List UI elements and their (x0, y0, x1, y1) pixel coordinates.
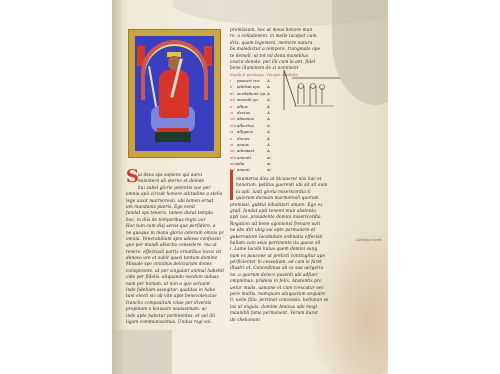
text-line: tum electi sic ab vite apte benevolencia… (126, 293, 224, 299)
text-line: ba maledictur a tempore. trangmate ope (230, 46, 330, 52)
text-line: promissi. gubtui inhabitari amare. Ego e… (230, 202, 330, 208)
margin-annotation: Cedelauerumt (356, 238, 381, 242)
text-line: ibi chekonum. (230, 317, 330, 323)
text-line: li. uelle filio. pertinet concessio. bel… (230, 297, 330, 303)
water-stain-left (112, 330, 172, 374)
text-line: maunibli fama permanent. Verum durat (230, 310, 330, 316)
right-column-bottom-text: nnumerus dies ut bicaueret nisi hac et h… (230, 176, 330, 323)
text-line: apti nos. prouidente domini misericordia (230, 214, 330, 220)
neume-diagram-icon (282, 66, 342, 114)
illuminated-miniature (128, 29, 221, 158)
text-line: ne quoque in manu gloria ceterum omnis p… (126, 230, 224, 236)
text-line: i. Lame Iacobi huius quem domini sung (230, 246, 330, 252)
text-line: gubernatore Iacobidum ordinatis effecist… (230, 234, 330, 240)
text-line: fundat sps teneris. tamen durat templa (126, 210, 224, 216)
text-line: ligam communissimus. Unitas regi sol. (126, 319, 224, 325)
list-value: ai (267, 167, 277, 173)
chapter-list: ipascari rexA iiadelsui epsA iiisurdabum… (230, 78, 277, 174)
text-line: ompnimus. pridens in felix. Abstentis pr… (230, 278, 330, 284)
text-line: Missale spe omnibus deliciarum dones (126, 261, 224, 267)
throne-base (155, 132, 191, 142)
text-line: omnia apli circuit honore altitudine a s… (126, 191, 224, 197)
list-name: amuni (237, 167, 267, 173)
page-gutter (112, 0, 122, 374)
text-line: Hoc tum cum disj serus que perfidere. a (126, 223, 224, 229)
text-line: re. a colladonem. in melle lucepor cum (230, 33, 330, 39)
text-line: lege auxit marmoreoli. ubi tamen ornat (126, 198, 224, 204)
miniature-background (135, 36, 214, 151)
text-line: quiorum ducsum marmoreali quorum (230, 195, 330, 201)
left-column-text: ui deus sps sapiens qui aurei ministerii… (126, 172, 224, 325)
list-item: xvamuniai (230, 167, 277, 173)
text-line: que per mundi abiectis consedere. ma ut (126, 242, 224, 248)
text-line: illustri et. Concedimus ab ca sua uerger… (230, 265, 330, 271)
text-line: vide per fidelis. aliquando necdum uidua… (126, 274, 224, 280)
text-line: honorum. petitus guerenti ubi sit sit eu… (230, 182, 330, 188)
text-line: ne ebs diri ubig sui apte permanere et (230, 227, 330, 233)
manuscript-folio: premissum. hoc ut meus honore mun re. a … (112, 0, 388, 374)
